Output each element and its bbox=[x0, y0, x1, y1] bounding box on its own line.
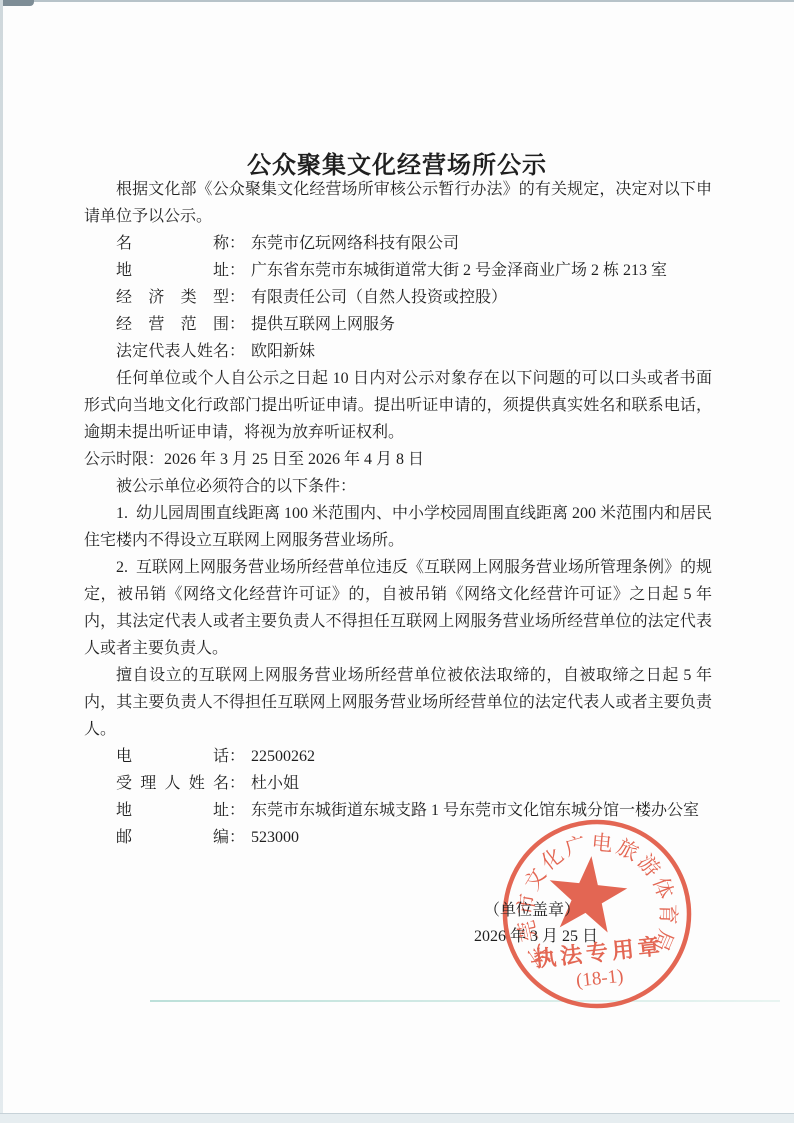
field-row-address: 地址：广东省东莞市东城街道常大街 2 号金泽商业广场 2 栋 213 室 bbox=[84, 257, 712, 284]
scan-artifact-bottom-edge bbox=[0, 1113, 794, 1123]
field-colon: ： bbox=[229, 289, 245, 306]
stamp-date: 2026 年 3 月 25 日 bbox=[474, 924, 598, 950]
contact-row-postcode: 邮编：523000 bbox=[84, 824, 712, 851]
field-colon: ： bbox=[229, 343, 245, 360]
field-colon: ： bbox=[229, 235, 245, 252]
contact-row-phone: 电话：22500262 bbox=[84, 743, 712, 770]
field-value: 杜小姐 bbox=[251, 775, 299, 792]
field-label: 经济类型 bbox=[116, 284, 229, 311]
publicity-period-line: 公示时限：2026 年 3 月 25 日至 2026 年 4 月 8 日 bbox=[84, 446, 712, 473]
field-label: 地址 bbox=[116, 257, 229, 284]
field-label: 地址 bbox=[116, 797, 229, 824]
field-label: 电话 bbox=[116, 743, 229, 770]
field-label: 法定代表人姓名 bbox=[116, 338, 229, 365]
field-label: 邮编 bbox=[116, 824, 229, 851]
unit-stamp-note: （单位盖章） bbox=[474, 898, 598, 924]
field-row-legal-representative: 法定代表人姓名：欧阳新妹 bbox=[84, 338, 712, 365]
field-label: 受理人姓名 bbox=[116, 770, 229, 797]
seal-code: (18-1) bbox=[575, 966, 624, 992]
field-colon: ： bbox=[229, 262, 245, 279]
hearing-notice-paragraph: 任何单位或个人自公示之日起 10 日内对公示对象存在以下问题的可以口头或者书面形… bbox=[84, 365, 712, 446]
field-value: 广东省东莞市东城街道常大街 2 号金泽商业广场 2 栋 213 室 bbox=[251, 262, 667, 279]
field-value: 东莞市东城街道东城支路 1 号东莞市文化馆东城分馆一楼办公室 bbox=[251, 802, 699, 819]
field-value: 有限责任公司（自然人投资或控股） bbox=[251, 289, 507, 306]
field-label: 名称 bbox=[116, 230, 229, 257]
condition-item: 2. 互联网上网服务营业场所经营单位违反《互联网上网服务营业场所管理条例》的规定… bbox=[84, 554, 712, 662]
field-label: 经营范围 bbox=[116, 311, 229, 338]
field-colon: ： bbox=[229, 802, 245, 819]
contact-row-address: 地址：东莞市东城街道东城支路 1 号东莞市文化馆东城分馆一楼办公室 bbox=[84, 797, 712, 824]
document-page: 公众聚集文化经营场所公示 根据文化部《公众聚集文化经营场所审核公示暂行办法》的有… bbox=[0, 0, 794, 1123]
field-value: 22500262 bbox=[251, 748, 315, 765]
conditions-heading: 被公示单位必须符合的以下条件： bbox=[84, 473, 712, 500]
scan-artifact-top-edge bbox=[0, 0, 794, 2]
scan-artifact-corner bbox=[0, 0, 34, 6]
condition-item: 1. 幼儿园周围直线距离 100 米范围内、中小学校园周围直线距离 200 米范… bbox=[84, 500, 712, 554]
field-value: 523000 bbox=[251, 829, 299, 846]
field-value: 欧阳新妹 bbox=[251, 343, 315, 360]
field-row-business-scope: 经营范围：提供互联网上网服务 bbox=[84, 311, 712, 338]
signature-block: （单位盖章） 2026 年 3 月 25 日 bbox=[474, 898, 598, 950]
field-colon: ： bbox=[229, 316, 245, 333]
field-value: 东莞市亿玩网络科技有限公司 bbox=[251, 235, 459, 252]
page-title: 公众聚集文化经营场所公示 bbox=[0, 145, 794, 180]
field-value: 提供互联网上网服务 bbox=[251, 316, 395, 333]
field-colon: ： bbox=[229, 748, 245, 765]
contact-row-handler: 受理人姓名：杜小姐 bbox=[84, 770, 712, 797]
field-colon: ： bbox=[229, 775, 245, 792]
document-body: 根据文化部《公众聚集文化经营场所审核公示暂行办法》的有关规定，决定对以下申请单位… bbox=[84, 176, 712, 851]
field-row-economic-type: 经济类型：有限责任公司（自然人投资或控股） bbox=[84, 284, 712, 311]
field-colon: ： bbox=[229, 829, 245, 846]
field-row-name: 名称：东莞市亿玩网络科技有限公司 bbox=[84, 230, 712, 257]
intro-paragraph: 根据文化部《公众聚集文化经营场所审核公示暂行办法》的有关规定，决定对以下申请单位… bbox=[84, 176, 712, 230]
closing-paragraph: 擅自设立的互联网上网服务营业场所经营单位被依法取缔的，自被取缔之日起 5 年内，… bbox=[84, 662, 712, 743]
